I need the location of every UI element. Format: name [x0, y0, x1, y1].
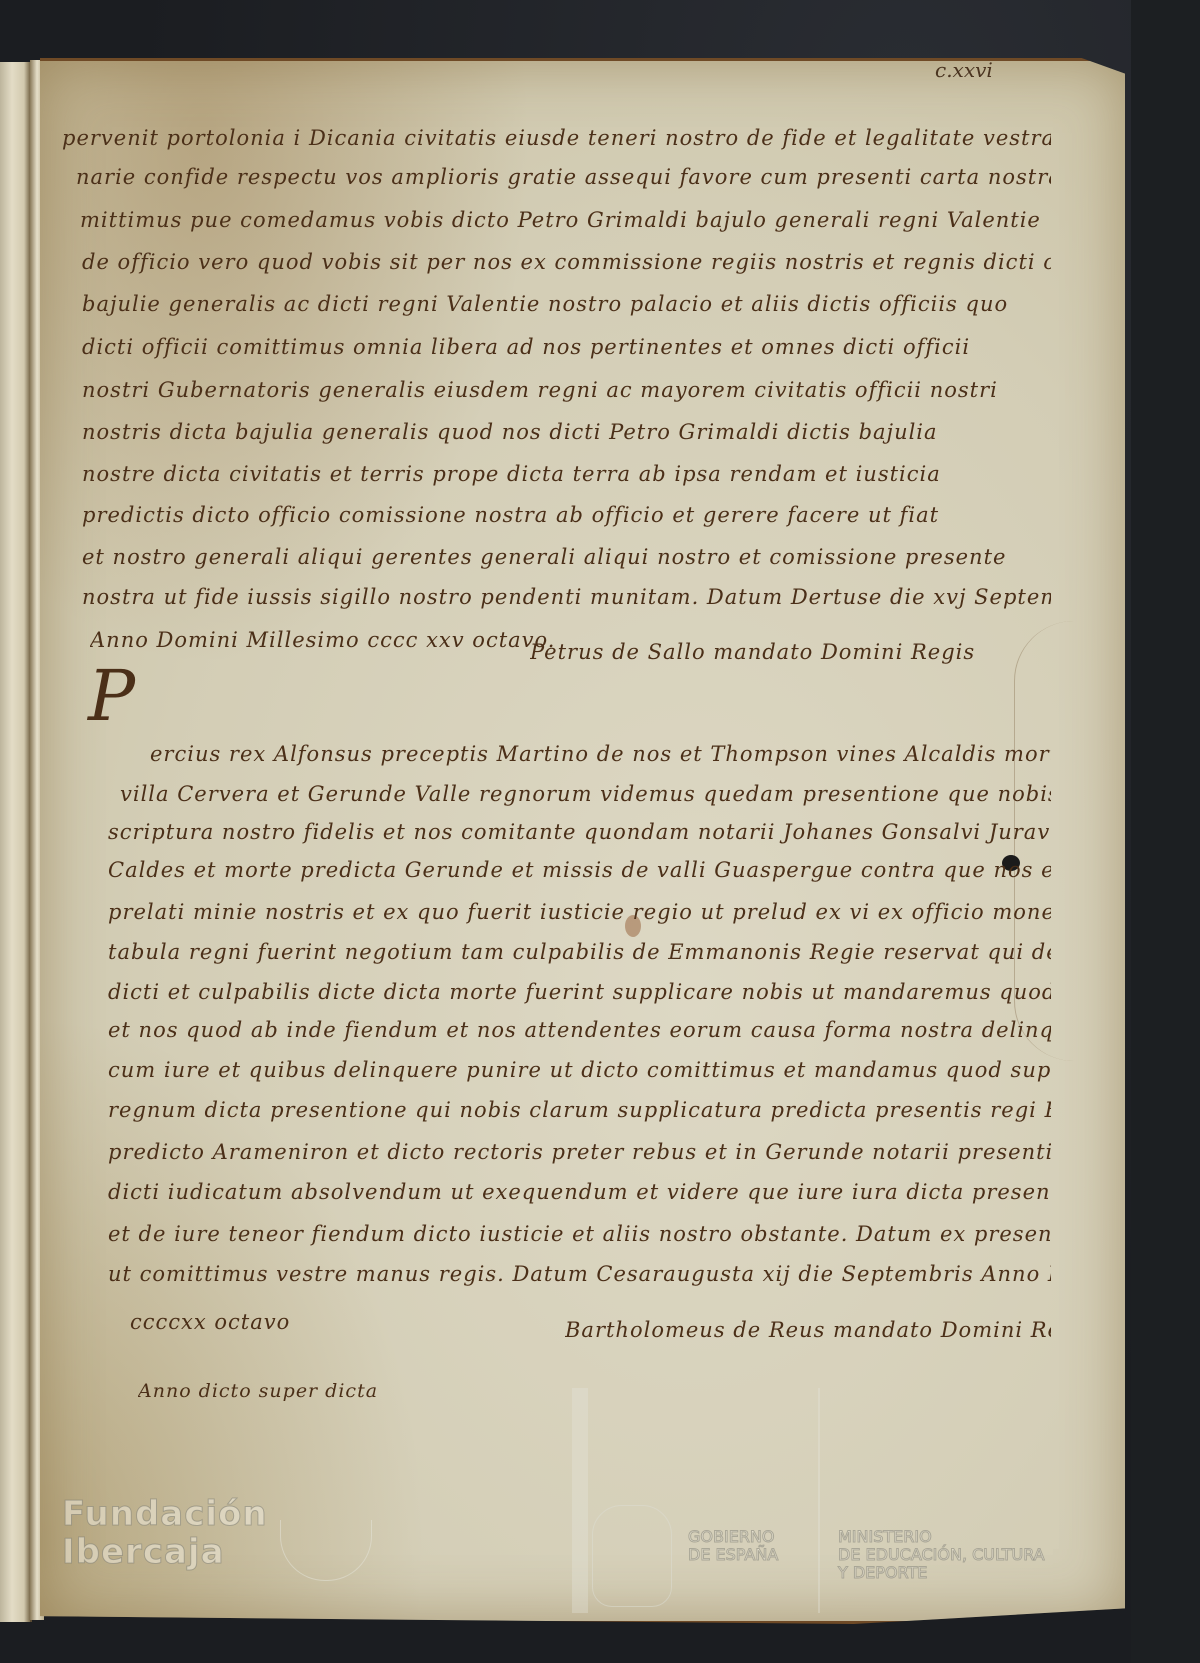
section-2-line: tabula regni fuerint negotium tam culpab…: [108, 940, 1051, 964]
watermark-divider: [818, 1388, 820, 1613]
watermark-line: Fundación: [62, 1495, 268, 1533]
section-2-line: prelati minie nostris et ex quo fuerit i…: [108, 900, 1051, 924]
section-2-line: scriptura nostro fidelis et nos comitant…: [108, 820, 1051, 844]
section-2-line: ercius rex Alfonsus preceptis Martino de…: [150, 742, 1051, 766]
watermark-line: MINISTERIO: [838, 1528, 1045, 1546]
watermark-line: GOBIERNO: [688, 1528, 778, 1546]
margin-note: Anno dicto super dicta: [138, 1380, 378, 1402]
section-2-line: dicti iudicatum absolvendum ut exequendu…: [108, 1180, 1051, 1204]
section-2-line: ccccxx octavo: [130, 1310, 290, 1334]
section-2-line: et nos quod ab inde fiendum et nos atten…: [108, 1018, 1051, 1042]
section-2-line: Caldes et morte predicta Gerunde et miss…: [108, 858, 1051, 882]
watermark-line: DE EDUCACIÓN, CULTURA: [838, 1546, 1045, 1564]
section-2-line: predicto Arameniron et dicto rectoris pr…: [108, 1140, 1051, 1164]
fundacion-ibercaja-watermark: Fundación Ibercaja: [62, 1495, 268, 1571]
watermark-line: Y DEPORTE: [838, 1564, 1045, 1582]
ministerio-watermark: MINISTERIO DE EDUCACIÓN, CULTURA Y DEPOR…: [838, 1528, 1045, 1582]
section-2-line: dicti et culpabilis dicte dicta morte fu…: [108, 980, 1051, 1004]
section-2-text: ercius rex Alfonsus preceptis Martino de…: [0, 0, 1131, 1663]
gobierno-espana-watermark: GOBIERNO DE ESPAÑA: [688, 1528, 778, 1564]
watermark-bar: [572, 1388, 588, 1613]
section-2-signature: Bartholomeus de Reus mandato Domini Regi…: [565, 1318, 1051, 1342]
coat-of-arms-icon: [592, 1505, 672, 1607]
section-2-line: villa Cervera et Gerunde Valle regnorum …: [120, 782, 1051, 806]
watermark-line: Ibercaja: [62, 1533, 268, 1571]
section-2-line: et de iure teneor fiendum dicto iusticie…: [108, 1222, 1051, 1246]
section-2-line: ut comittimus vestre manus regis. Datum …: [108, 1262, 1051, 1286]
watermark-line: DE ESPAÑA: [688, 1546, 778, 1564]
section-2-line: regnum dicta presentione qui nobis claru…: [108, 1098, 1051, 1122]
section-2-line: cum iure et quibus delinquere punire ut …: [108, 1058, 1051, 1082]
